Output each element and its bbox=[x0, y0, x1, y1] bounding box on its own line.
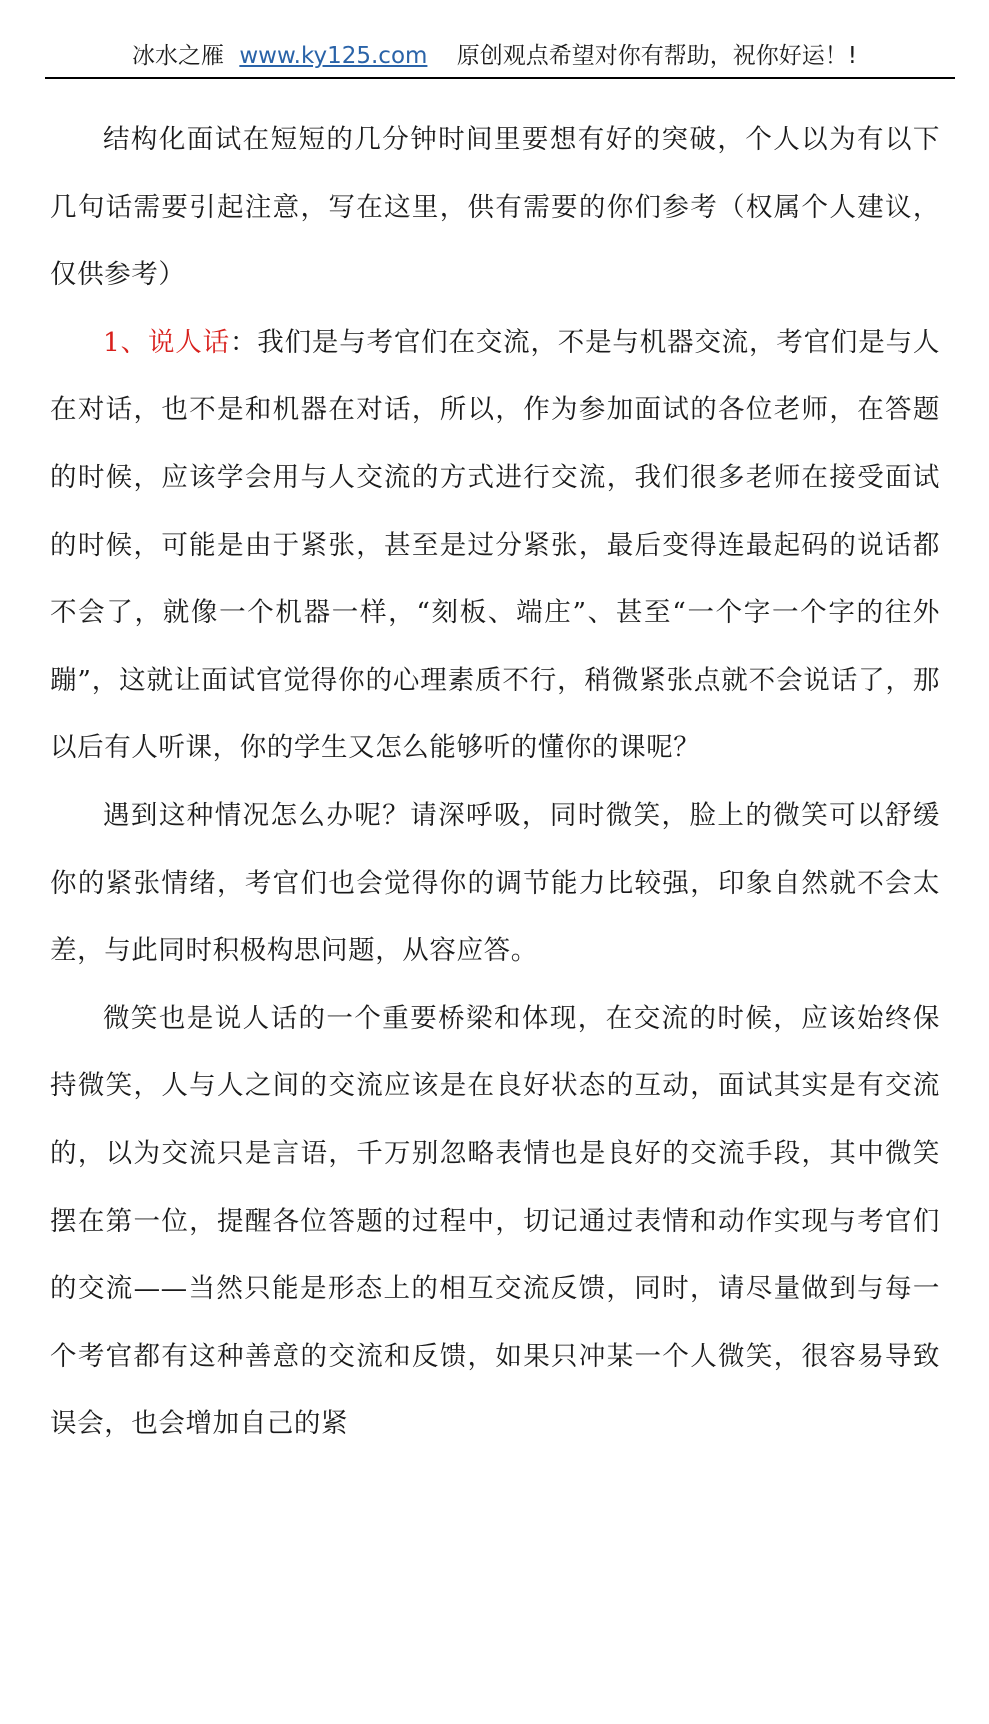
header-slogan: 原创观点希望对你有帮助，祝你好运！! bbox=[457, 43, 857, 69]
page-header: 冰水之雁 www.ky125.com 原创观点希望对你有帮助，祝你好运！! bbox=[0, 40, 989, 72]
site-name: 冰水之雁 bbox=[132, 43, 224, 69]
paragraph-intro: 结构化面试在短短的几分钟时间里要想有好的突破，个人以为有以下几句话需要引起注意，… bbox=[50, 106, 940, 309]
paragraph-coping: 遇到这种情况怎么办呢？请深呼吸，同时微笑，脸上的微笑可以舒缓你的紧张情绪，考官们… bbox=[50, 782, 940, 985]
header-divider bbox=[45, 77, 955, 79]
point-heading: 1、说人话 bbox=[103, 327, 230, 358]
paragraph-smile: 微笑也是说人话的一个重要桥梁和体现，在交流的时候，应该始终保持微笑，人与人之间的… bbox=[50, 985, 940, 1458]
document-body: 结构化面试在短短的几分钟时间里要想有好的突破，个人以为有以下几句话需要引起注意，… bbox=[50, 106, 940, 1458]
paragraph-text: 结构化面试在短短的几分钟时间里要想有好的突破，个人以为有以下几句话需要引起注意，… bbox=[50, 124, 940, 290]
site-link[interactable]: www.ky125.com bbox=[239, 43, 427, 69]
paragraph-text: ：我们是与考官们在交流，不是与机器交流，考官们是与人在对话，也不是和机器在对话，… bbox=[50, 327, 940, 764]
paragraph-text: 遇到这种情况怎么办呢？请深呼吸，同时微笑，脸上的微笑可以舒缓你的紧张情绪，考官们… bbox=[50, 800, 940, 966]
paragraph-point-1: 1、说人话：我们是与考官们在交流，不是与机器交流，考官们是与人在对话，也不是和机… bbox=[50, 309, 940, 782]
paragraph-text: 微笑也是说人话的一个重要桥梁和体现，在交流的时候，应该始终保持微笑，人与人之间的… bbox=[50, 1003, 940, 1440]
